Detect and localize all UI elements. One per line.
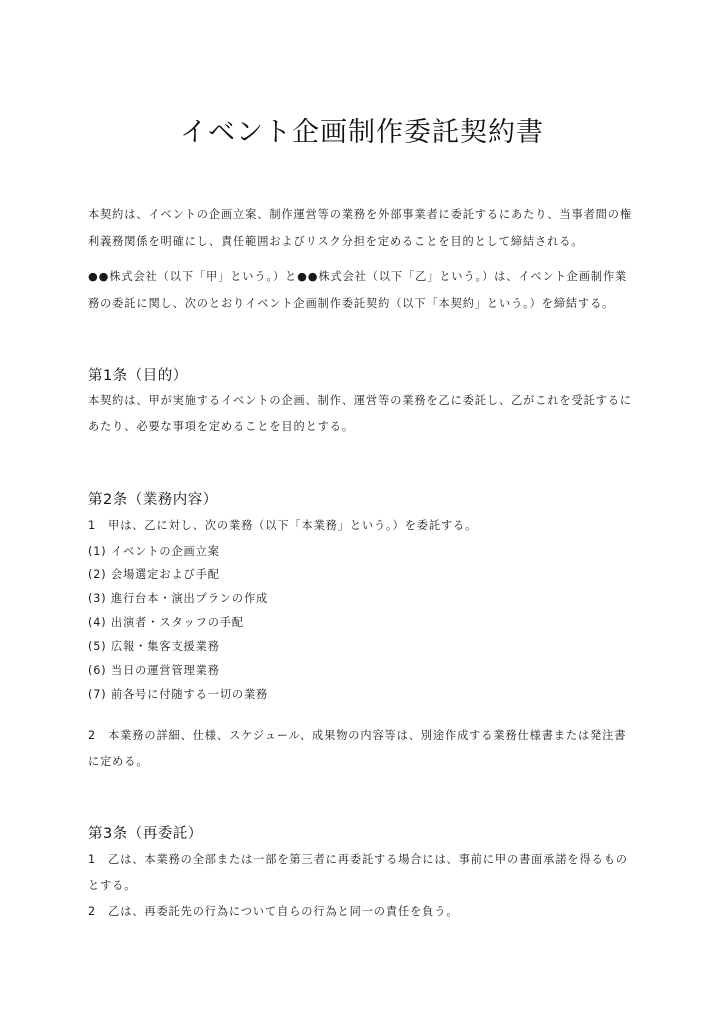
article-2-clause-2-line-2: に定める。: [88, 753, 148, 769]
article-2-clause-1: 1 甲は、乙に対し、次の業務（以下「本業務」という。）を委託する。: [88, 517, 477, 533]
article-2-clause-2-line-1: 2 本業務の詳細、仕様、スケジュール、成果物の内容等は、別途作成する業務仕様書ま…: [88, 727, 626, 743]
preamble-1-line-1: 本契約は、イベントの企画立案、制作運営等の業務を外部事業者に委託するにあたり、当…: [88, 206, 632, 222]
article-2-item-3: (3) 進行台本・演出プランの作成: [88, 590, 268, 606]
article-3-heading: 第3条（再委託）: [88, 822, 203, 843]
article-2-item-7: (7) 前各号に付随する一切の業務: [88, 686, 268, 702]
article-1-heading: 第1条（目的）: [88, 364, 188, 385]
article-3-line-1: 1 乙は、本業務の全部または一部を第三者に再委託する場合には、事前に甲の書面承諾…: [88, 851, 628, 867]
article-1-line-2: あたり、必要な事項を定めることを目的とする。: [88, 418, 354, 434]
article-2-item-1: (1) イベントの企画立案: [88, 543, 220, 559]
article-3-line-2: とする。: [88, 877, 136, 893]
article-2-heading: 第2条（業務内容）: [88, 488, 218, 509]
article-2-item-4: (4) 出演者・スタッフの手配: [88, 614, 244, 630]
preamble-1-line-2: 利義務関係を明確にし、責任範囲およびリスク分担を定めることを目的として締結される…: [88, 233, 583, 249]
preamble-2-line-2: 務の委託に関し、次のとおりイベント企画制作委託契約（以下「本契約」という。）を締…: [88, 295, 614, 311]
document-page: イベント企画制作委託契約書 本契約は、イベントの企画立案、制作運営等の業務を外部…: [0, 0, 724, 1024]
document-title: イベント企画制作委託契約書: [0, 110, 724, 149]
article-3-line-3: 2 乙は、再委託先の行為について自らの行為と同一の責任を負う。: [88, 903, 458, 919]
article-2-item-2: (2) 会場選定および手配: [88, 566, 220, 582]
article-1-line-1: 本契約は、甲が実施するイベントの企画、制作、運営等の業務を乙に委託し、乙がこれを…: [88, 392, 632, 408]
article-2-item-5: (5) 広報・集客支援業務: [88, 638, 220, 654]
article-2-item-6: (6) 当日の運営管理業務: [88, 662, 220, 678]
preamble-2-line-1: ●●株式会社（以下「甲」という。）と●●株式会社（以下「乙」という。）は、イベン…: [88, 268, 627, 284]
